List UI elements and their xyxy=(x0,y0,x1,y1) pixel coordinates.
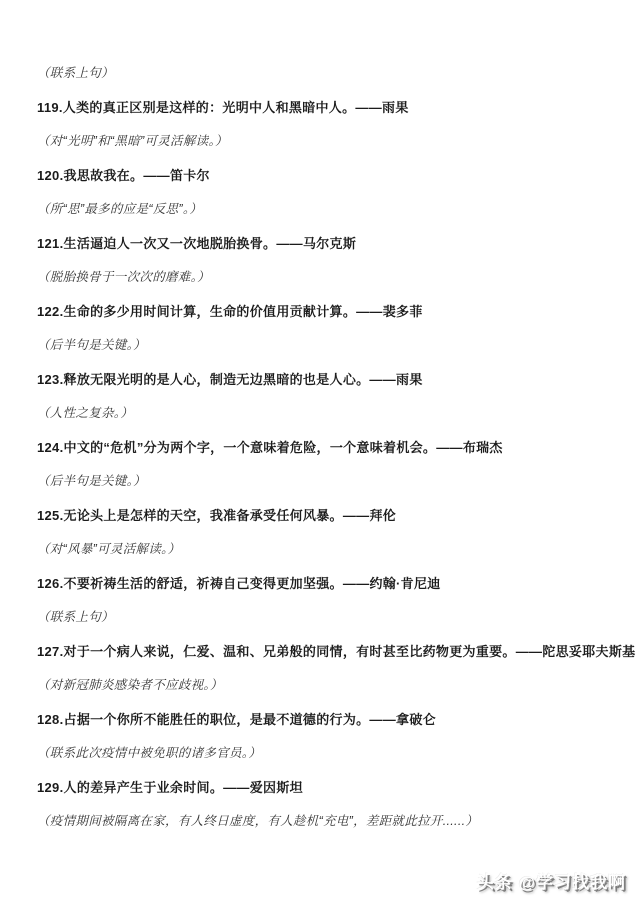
quote-author: 雨果 xyxy=(382,100,409,115)
quote-125: 125.无论头上是怎样的天空，我准备承受任何风暴。——拜伦 xyxy=(37,508,630,523)
quote-list-page: （联系上句） 119.人类的真正区别是这样的：光明中人和黑暗中人。——雨果 （对… xyxy=(0,0,640,829)
quote-author: 约翰·肯尼迪 xyxy=(369,576,440,591)
quote-number: 122. xyxy=(37,304,64,319)
quote-124: 124.中文的“危机”分为两个字，一个意味着危险，一个意味着机会。——布瑞杰 xyxy=(37,440,630,455)
attribution-dash: —— xyxy=(343,576,370,591)
quote-text: 中文的“危机”分为两个字，一个意味着危险，一个意味着机会。 xyxy=(64,440,437,455)
note-129: （疫情期间被隔离在家，有人终日虚度，有人趁机“充电”，差距就此拉开......） xyxy=(37,814,630,829)
quote-text: 占据一个你所不能胜任的职位，是最不道德的行为。 xyxy=(64,712,370,727)
note-127: （对新冠肺炎感染者不应歧视。） xyxy=(37,678,630,693)
note-122: （后半句是关键。） xyxy=(37,338,630,353)
quote-119: 119.人类的真正区别是这样的：光明中人和黑暗中人。——雨果 xyxy=(37,100,630,115)
note-125: （对“风暴”可灵活解读。） xyxy=(37,542,630,557)
quote-text: 释放无限光明的是人心，制造无边黑暗的也是人心。 xyxy=(64,372,370,387)
quote-author: 爱因斯坦 xyxy=(250,780,303,795)
quote-text: 人类的真正区别是这样的：光明中人和黑暗中人。 xyxy=(63,100,356,115)
quote-number: 128. xyxy=(37,712,64,727)
quote-number: 127. xyxy=(37,644,64,659)
quote-text: 人的差异产生于业余时间。 xyxy=(64,780,224,795)
quote-128: 128.占据一个你所不能胜任的职位，是最不道德的行为。——拿破仑 xyxy=(37,712,630,727)
quote-number: 126. xyxy=(37,576,64,591)
quote-number: 124. xyxy=(37,440,64,455)
note-121: （脱胎换骨于一次次的磨难。） xyxy=(37,270,630,285)
quote-129: 129.人的差异产生于业余时间。——爱因斯坦 xyxy=(37,780,630,795)
quote-126: 126.不要祈祷生活的舒适，祈祷自己变得更加坚强。——约翰·肯尼迪 xyxy=(37,576,630,591)
attribution-dash: —— xyxy=(436,440,463,455)
quote-author: 马尔克斯 xyxy=(303,236,356,251)
leading-note: （联系上句） xyxy=(37,66,630,81)
note-123: （人性之复杂。） xyxy=(37,406,630,421)
attribution-dash: —— xyxy=(516,644,543,659)
note-120: （所“思”最多的应是“反思”。） xyxy=(37,202,630,217)
quote-text: 我思故我在。 xyxy=(64,168,144,183)
note-128: （联系此次疫情中被免职的诸多官员。） xyxy=(37,746,630,761)
quote-text: 生活逼迫人一次又一次地脱胎换骨。 xyxy=(64,236,277,251)
quote-number: 119. xyxy=(37,100,63,115)
quote-121: 121.生活逼迫人一次又一次地脱胎换骨。——马尔克斯 xyxy=(37,236,630,251)
attribution-dash: —— xyxy=(355,100,382,115)
note-124: （后半句是关键。） xyxy=(37,474,630,489)
quote-author: 拿破仑 xyxy=(396,712,436,727)
quote-127: 127.对于一个病人来说，仁爱、温和、兄弟般的同情，有时甚至比药物更为重要。——… xyxy=(37,644,630,659)
attribution-dash: —— xyxy=(369,712,396,727)
quote-120: 120.我思故我在。——笛卡尔 xyxy=(37,168,630,183)
quote-number: 129. xyxy=(37,780,64,795)
toutiao-watermark: 头条 @学习找我啊 xyxy=(477,868,626,893)
attribution-dash: —— xyxy=(276,236,303,251)
attribution-dash: —— xyxy=(369,372,396,387)
quote-author: 拜伦 xyxy=(369,508,396,523)
quote-number: 121. xyxy=(37,236,64,251)
attribution-dash: —— xyxy=(143,168,170,183)
quote-author: 雨果 xyxy=(396,372,423,387)
quote-author: 裴多菲 xyxy=(383,304,423,319)
note-126: （联系上句） xyxy=(37,610,630,625)
quote-text: 无论头上是怎样的天空，我准备承受任何风暴。 xyxy=(64,508,343,523)
quote-text: 生命的多少用时间计算，生命的价值用贡献计算。 xyxy=(64,304,357,319)
quote-number: 120. xyxy=(37,168,64,183)
attribution-dash: —— xyxy=(343,508,370,523)
quote-author: 陀思妥耶夫斯基 xyxy=(542,644,635,659)
quote-text: 不要祈祷生活的舒适，祈祷自己变得更加坚强。 xyxy=(64,576,343,591)
quote-number: 125. xyxy=(37,508,64,523)
quote-number: 123. xyxy=(37,372,64,387)
quote-123: 123.释放无限光明的是人心，制造无边黑暗的也是人心。——雨果 xyxy=(37,372,630,387)
quote-text: 对于一个病人来说，仁爱、温和、兄弟般的同情，有时甚至比药物更为重要。 xyxy=(64,644,516,659)
quote-122: 122.生命的多少用时间计算，生命的价值用贡献计算。——裴多菲 xyxy=(37,304,630,319)
note-119: （对“光明”和“黑暗”可灵活解读。） xyxy=(37,134,630,149)
quote-author: 布瑞杰 xyxy=(463,440,503,455)
quote-author: 笛卡尔 xyxy=(170,168,210,183)
attribution-dash: —— xyxy=(356,304,383,319)
attribution-dash: —— xyxy=(223,780,250,795)
